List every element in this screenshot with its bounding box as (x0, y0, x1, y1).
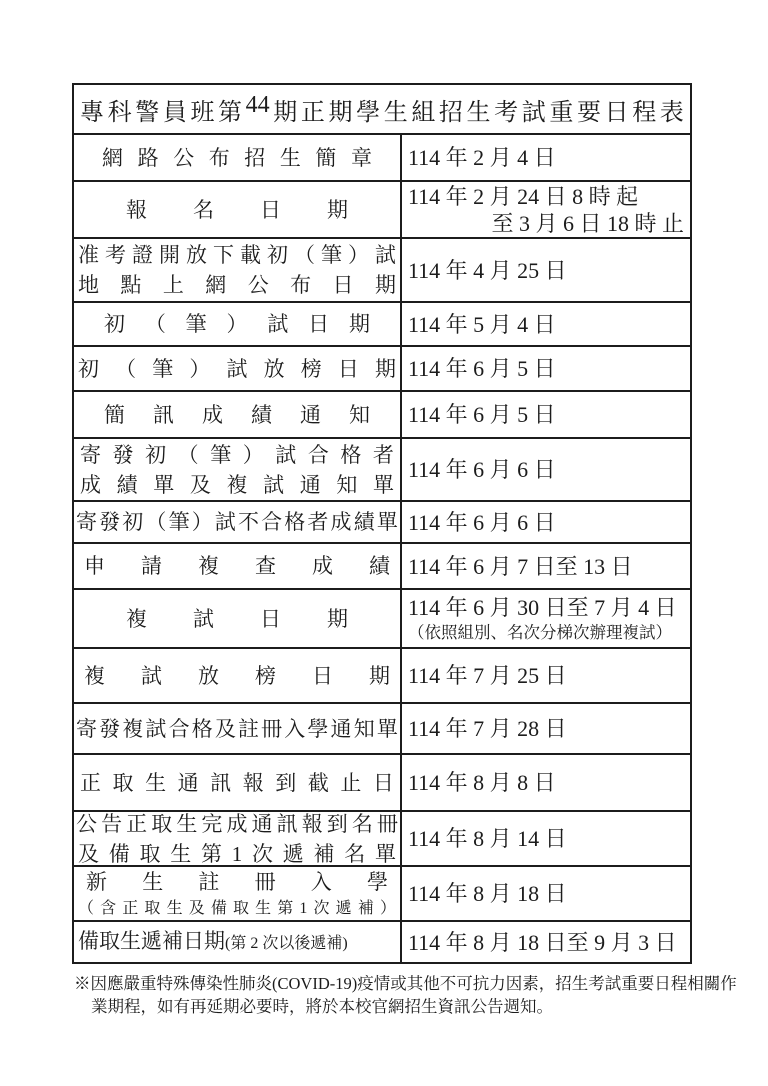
label-line: 寄發複試合格及註冊入學通知單 (74, 714, 400, 744)
label-line: 新生註冊入學 (74, 867, 400, 897)
label-cell: 申請複查成績 (74, 544, 402, 588)
table-row: 複試放榜日期114 年 7 月 25 日 (74, 647, 690, 702)
label-cell: 初（筆）試放榜日期 (74, 347, 402, 390)
label-line: 及備取生第1次遞補名單 (74, 839, 400, 869)
date-line: 114 年 6 月 5 日 (402, 355, 690, 382)
footnote: ※因應嚴重特殊傳染性肺炎(COVID-19)疫情或其他不可抗力因素，招生考試重要… (74, 972, 698, 1018)
document-page: 專科警員班第44期正期學生組招生考試重要日程表 網路公布招生簡章114 年 2 … (0, 0, 768, 1086)
table-row: 備取生遞補日期(第 2 次以後遞補)114 年 8 月 18 日至 9 月 3 … (74, 920, 690, 962)
table-row: 申請複查成績114 年 6 月 7 日至 13 日 (74, 542, 690, 588)
table-row: 寄發初（筆）試不合格者成績單114 年 6 月 6 日 (74, 500, 690, 542)
date-line: 114 年 2 月 24 日 8 時 起 (402, 183, 690, 210)
table-row: 初（筆）試放榜日期114 年 6 月 5 日 (74, 345, 690, 390)
label-line: 寄發初（筆）試合格者 (74, 440, 400, 470)
label-line: （含正取生及備取生第1次遞補） (74, 897, 400, 921)
date-cell: 114 年 6 月 6 日 (402, 502, 690, 542)
table-row: 網路公布招生簡章114 年 2 月 4 日 (74, 133, 690, 180)
label-cell: 正取生通訊報到截止日 (74, 755, 402, 810)
date-line: 至 3 月 6 日 18 時 止 (402, 210, 690, 237)
date-line: 114 年 6 月 30 日至 7 月 4 日 (402, 594, 690, 621)
date-cell: 114 年 2 月 24 日 8 時 起至 3 月 6 日 18 時 止 (402, 182, 690, 237)
table-row: 報名日期114 年 2 月 24 日 8 時 起至 3 月 6 日 18 時 止 (74, 180, 690, 237)
date-line: 114 年 7 月 25 日 (402, 662, 690, 689)
label-line: 公告正取生完成通訊報到名冊 (74, 809, 400, 839)
date-line: 114 年 8 月 18 日 (402, 880, 690, 907)
label-cell: 複試日期 (74, 590, 402, 647)
label-cell: 寄發初（筆）試不合格者成績單 (74, 502, 402, 542)
table-row: 公告正取生完成通訊報到名冊及備取生第1次遞補名單114 年 8 月 14 日 (74, 810, 690, 865)
date-cell: 114 年 6 月 30 日至 7 月 4 日（依照組別、名次分梯次辦理複試） (402, 590, 690, 647)
table-row: 准考證開放下載初（筆）試地點上網公布日期114 年 4 月 25 日 (74, 237, 690, 301)
label-line: 報名日期 (74, 195, 400, 225)
table-title-row: 專科警員班第44期正期學生組招生考試重要日程表 (74, 85, 690, 133)
table-row: 新生註冊入學（含正取生及備取生第1次遞補）114 年 8 月 18 日 (74, 865, 690, 920)
table-row: 簡訊成績通知114 年 6 月 5 日 (74, 390, 690, 437)
date-cell: 114 年 8 月 18 日至 9 月 3 日 (402, 922, 690, 962)
label-cell: 寄發初（筆）試合格者成績單及複試通知單 (74, 439, 402, 500)
date-line: 114 年 6 月 6 日 (402, 509, 690, 536)
table-row: 複試日期114 年 6 月 30 日至 7 月 4 日（依照組別、名次分梯次辦理… (74, 588, 690, 647)
date-line: （依照組別、名次分梯次辦理複試） (402, 621, 690, 644)
date-cell: 114 年 7 月 28 日 (402, 704, 690, 753)
date-line: 114 年 6 月 7 日至 13 日 (402, 553, 690, 580)
label-cell: 報名日期 (74, 182, 402, 237)
label-cell: 初（筆）試日期 (74, 303, 402, 345)
date-line: 114 年 7 月 28 日 (402, 715, 690, 742)
label-line: 備取生遞補日期(第 2 次以後遞補) (74, 926, 400, 959)
label-cell: 複試放榜日期 (74, 649, 402, 702)
date-cell: 114 年 8 月 8 日 (402, 755, 690, 810)
date-line: 114 年 8 月 18 日至 9 月 3 日 (402, 929, 690, 956)
date-cell: 114 年 6 月 5 日 (402, 392, 690, 437)
label-cell: 新生註冊入學（含正取生及備取生第1次遞補） (74, 867, 402, 920)
label-cell: 備取生遞補日期(第 2 次以後遞補) (74, 922, 402, 962)
date-cell: 114 年 4 月 25 日 (402, 239, 690, 301)
label-line: 複試日期 (74, 604, 400, 634)
label-line: 複試放榜日期 (74, 661, 400, 691)
label-cell: 寄發複試合格及註冊入學通知單 (74, 704, 402, 753)
label-cell: 准考證開放下載初（筆）試地點上網公布日期 (74, 239, 402, 301)
date-line: 114 年 2 月 4 日 (402, 144, 690, 171)
date-cell: 114 年 8 月 14 日 (402, 812, 690, 865)
date-cell: 114 年 2 月 4 日 (402, 135, 690, 180)
label-cell: 公告正取生完成通訊報到名冊及備取生第1次遞補名單 (74, 812, 402, 865)
date-cell: 114 年 6 月 5 日 (402, 347, 690, 390)
date-cell: 114 年 8 月 18 日 (402, 867, 690, 920)
label-line: 成績單及複試通知單 (74, 470, 400, 500)
label-cell: 網路公布招生簡章 (74, 135, 402, 180)
date-cell: 114 年 7 月 25 日 (402, 649, 690, 702)
label-line: 申請複查成績 (74, 551, 400, 581)
table-row: 正取生通訊報到截止日114 年 8 月 8 日 (74, 753, 690, 810)
date-cell: 114 年 6 月 6 日 (402, 439, 690, 500)
date-line: 114 年 4 月 25 日 (402, 257, 690, 284)
table-row: 寄發複試合格及註冊入學通知單114 年 7 月 28 日 (74, 702, 690, 753)
date-cell: 114 年 6 月 7 日至 13 日 (402, 544, 690, 588)
date-line: 114 年 8 月 14 日 (402, 825, 690, 852)
label-line: 正取生通訊報到截止日 (74, 768, 400, 798)
date-line: 114 年 5 月 4 日 (402, 311, 690, 338)
label-line: 寄發初（筆）試不合格者成績單 (74, 507, 400, 537)
footnote-line-1: ※因應嚴重特殊傳染性肺炎(COVID-19)疫情或其他不可抗力因素，招生考試重要… (74, 972, 698, 995)
table-row: 初（筆）試日期114 年 5 月 4 日 (74, 301, 690, 345)
label-line: 網路公布招生簡章 (74, 143, 400, 173)
table-title: 專科警員班第44期正期學生組招生考試重要日程表 (74, 92, 690, 127)
footnote-line-2: 業期程，如有再延期必要時，將於本校官網招生資訊公告週知。 (74, 995, 698, 1018)
date-line: 114 年 6 月 5 日 (402, 401, 690, 428)
label-line: 初（筆）試放榜日期 (74, 354, 400, 384)
date-line: 114 年 8 月 8 日 (402, 769, 690, 796)
label-line: 准考證開放下載初（筆）試 (74, 240, 400, 270)
label-line: 簡訊成績通知 (74, 400, 400, 430)
label-line: 初（筆）試日期 (74, 309, 400, 339)
date-cell: 114 年 5 月 4 日 (402, 303, 690, 345)
table-body: 網路公布招生簡章114 年 2 月 4 日報名日期114 年 2 月 24 日 … (74, 133, 690, 962)
schedule-table: 專科警員班第44期正期學生組招生考試重要日程表 網路公布招生簡章114 年 2 … (72, 83, 692, 964)
label-line: 地點上網公布日期 (74, 270, 400, 300)
label-cell: 簡訊成績通知 (74, 392, 402, 437)
table-row: 寄發初（筆）試合格者成績單及複試通知單114 年 6 月 6 日 (74, 437, 690, 500)
date-line: 114 年 6 月 6 日 (402, 456, 690, 483)
